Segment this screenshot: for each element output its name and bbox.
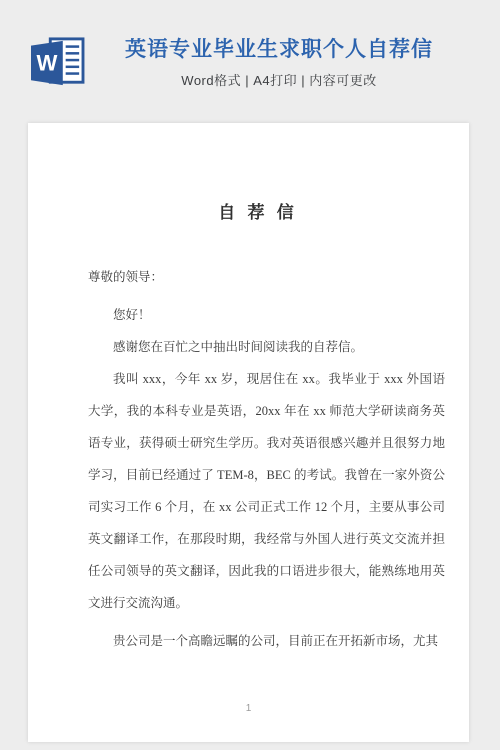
header: W 英语专业毕业生求职个人自荐信 Word格式 | A4打印 | 内容可更改: [0, 0, 500, 89]
template-preview-screen: W 英语专业毕业生求职个人自荐信 Word格式 | A4打印 | 内容可更改 自…: [0, 0, 500, 750]
document-line: 文进行交流沟通。: [88, 587, 445, 619]
document-line: 英文翻译工作，在那段时期，我经常与外国人进行英文交流并担: [88, 523, 445, 555]
document-line: 大学，我的本科专业是英语，20xx 年在 xx 师范大学研读商务英: [88, 395, 445, 427]
document-line: 感谢您在百忙之中抽出时间阅读我的自荐信。: [88, 331, 445, 363]
document-page: 自 荐 信 尊敬的领导：您好！感谢您在百忙之中抽出时间阅读我的自荐信。我叫 xx…: [28, 123, 469, 742]
salutation-line: 尊敬的领导：: [88, 261, 445, 293]
document-line: 司实习工作 6 个月，在 xx 公司正式工作 12 个月，主要从事公司: [88, 491, 445, 523]
document-line: 贵公司是一个高瞻远瞩的公司，目前正在开拓新市场，尤其: [88, 625, 445, 657]
format-meta: Word格式 | A4打印 | 内容可更改: [86, 70, 472, 89]
document-line: 您好！: [88, 299, 445, 331]
document-line: 我叫 xxx，今年 xx 岁，现居住在 xx。我毕业于 xxx 外国语: [88, 363, 445, 395]
page-number: 1: [28, 703, 469, 714]
document-line: 学习，目前已经通过了 TEM-8，BEC 的考试。我曾在一家外资公: [88, 459, 445, 491]
document-title: 自 荐 信: [68, 201, 445, 225]
document-body: 尊敬的领导：您好！感谢您在百忙之中抽出时间阅读我的自荐信。我叫 xxx，今年 x…: [88, 261, 445, 657]
ms-word-icon: W: [28, 36, 86, 88]
svg-text:W: W: [36, 51, 57, 76]
header-text: 英语专业毕业生求职个人自荐信 Word格式 | A4打印 | 内容可更改: [86, 36, 472, 89]
document-line: 语专业，获得硕士研究生学历。我对英语很感兴趣并且很努力地: [88, 427, 445, 459]
page-title: 英语专业毕业生求职个人自荐信: [86, 37, 472, 63]
document-line: 任公司领导的英文翻译，因此我的口语进步很大，能熟练地用英: [88, 555, 445, 587]
